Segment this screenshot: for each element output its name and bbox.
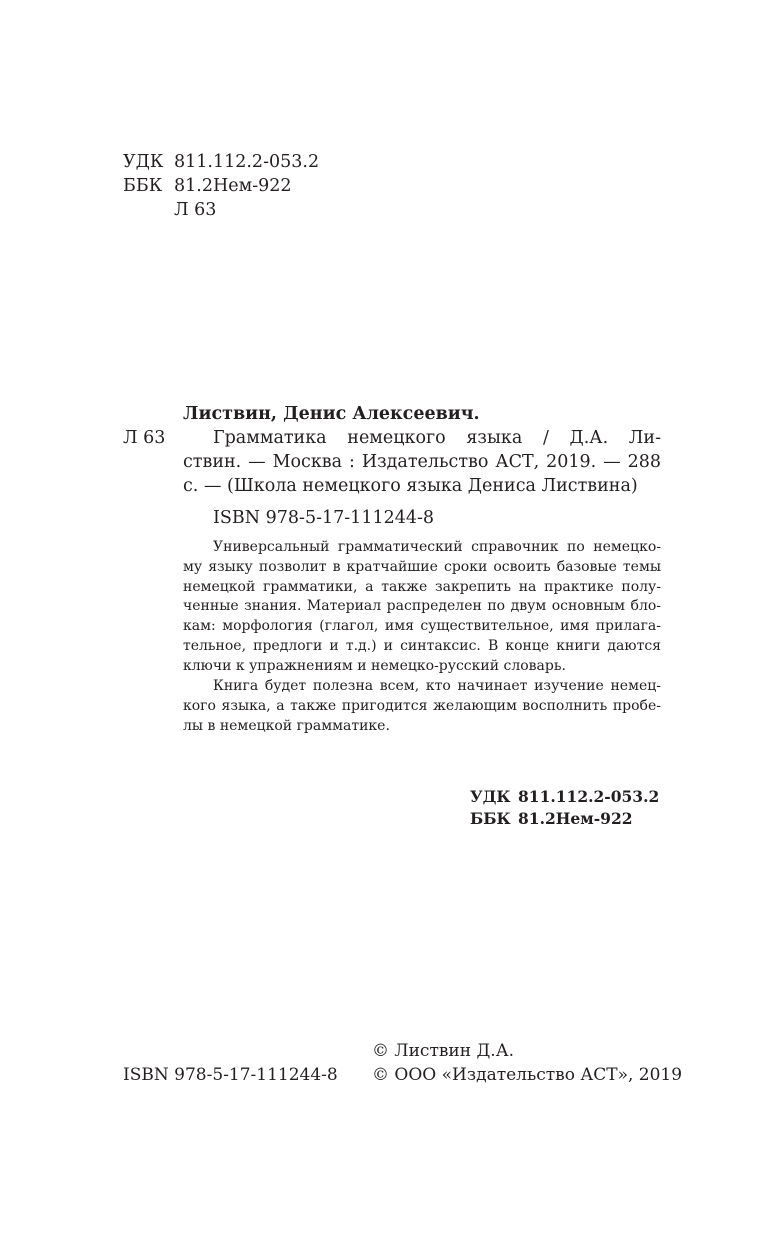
udk-label: УДК: [123, 150, 174, 174]
copyright-block: © Листвин Д.А. © ООО «Издательство АСТ»,…: [372, 1039, 682, 1087]
classification-top: УДК 811.112.2-053.2 ББК 81.2Нем-922 Л 63: [123, 150, 319, 222]
annotation-line: ключи к упражнениям и немецко-русский сл…: [183, 657, 661, 677]
description-line: Грамматика немецкого языка / Д.А. Ли-: [183, 426, 661, 450]
footer-isbn: ISBN 978-5-17-111244-8: [123, 1063, 338, 1087]
annotation-line: ченные знания. Материал распределен по д…: [183, 597, 661, 617]
bibliographic-description: Грамматика немецкого языка / Д.А. Ли- ст…: [183, 426, 661, 498]
card-isbn: ISBN 978-5-17-111244-8: [213, 506, 434, 530]
annotation-paragraph-1: Универсальный грамматический справочник …: [183, 538, 661, 677]
card-cutter-code: Л 63: [123, 426, 165, 450]
udk-row: УДК811.112.2-053.2: [470, 786, 659, 808]
bbk-row: ББК 81.2Нем-922: [123, 174, 319, 198]
udk-label: УДК: [470, 786, 518, 808]
copyright-author: © Листвин Д.А.: [372, 1039, 682, 1063]
bbk-row: ББК81.2Нем-922: [470, 808, 659, 830]
author-heading: Листвин, Денис Алексеевич.: [183, 402, 480, 426]
annotation-line: немецкой грамматики, а также закрепить н…: [183, 578, 661, 598]
bbk-value: 81.2Нем-922: [518, 809, 633, 828]
annotation-line: кого языка, а также пригодится желающим …: [183, 697, 661, 717]
annotation-line: Универсальный грамматический справочник …: [183, 538, 661, 558]
cutter-code: Л 63: [174, 198, 216, 222]
annotation-line: Книга будет полезна всем, кто начинает и…: [183, 677, 661, 697]
bbk-label: ББК: [123, 174, 174, 198]
description-line: с. — (Школа немецкого языка Дениса Листв…: [183, 474, 661, 498]
bbk-label: ББК: [470, 808, 518, 830]
classification-bottom: УДК811.112.2-053.2 ББК81.2Нем-922: [470, 786, 659, 830]
copyright-publisher: © ООО «Издательство АСТ», 2019: [372, 1063, 682, 1087]
annotation-line: кам: морфология (глагол, имя существител…: [183, 617, 661, 637]
book-imprint-page: УДК 811.112.2-053.2 ББК 81.2Нем-922 Л 63…: [0, 0, 768, 1241]
udk-value: 811.112.2-053.2: [518, 787, 659, 806]
annotation-paragraph-2: Книга будет полезна всем, кто начинает и…: [183, 677, 661, 736]
annotation-line: тельное, предлоги и т.д.) и синтаксис. В…: [183, 637, 661, 657]
description-line: ствин. — Москва : Издательство АСТ, 2019…: [183, 450, 661, 474]
annotation-line: лы в немецкой грамматике.: [183, 717, 661, 737]
udk-row: УДК 811.112.2-053.2: [123, 150, 319, 174]
annotation-line: му языку позволит в кратчайшие сроки осв…: [183, 558, 661, 578]
cutter-row: Л 63: [123, 198, 319, 222]
bbk-value: 81.2Нем-922: [174, 174, 292, 198]
udk-value: 811.112.2-053.2: [174, 150, 319, 174]
